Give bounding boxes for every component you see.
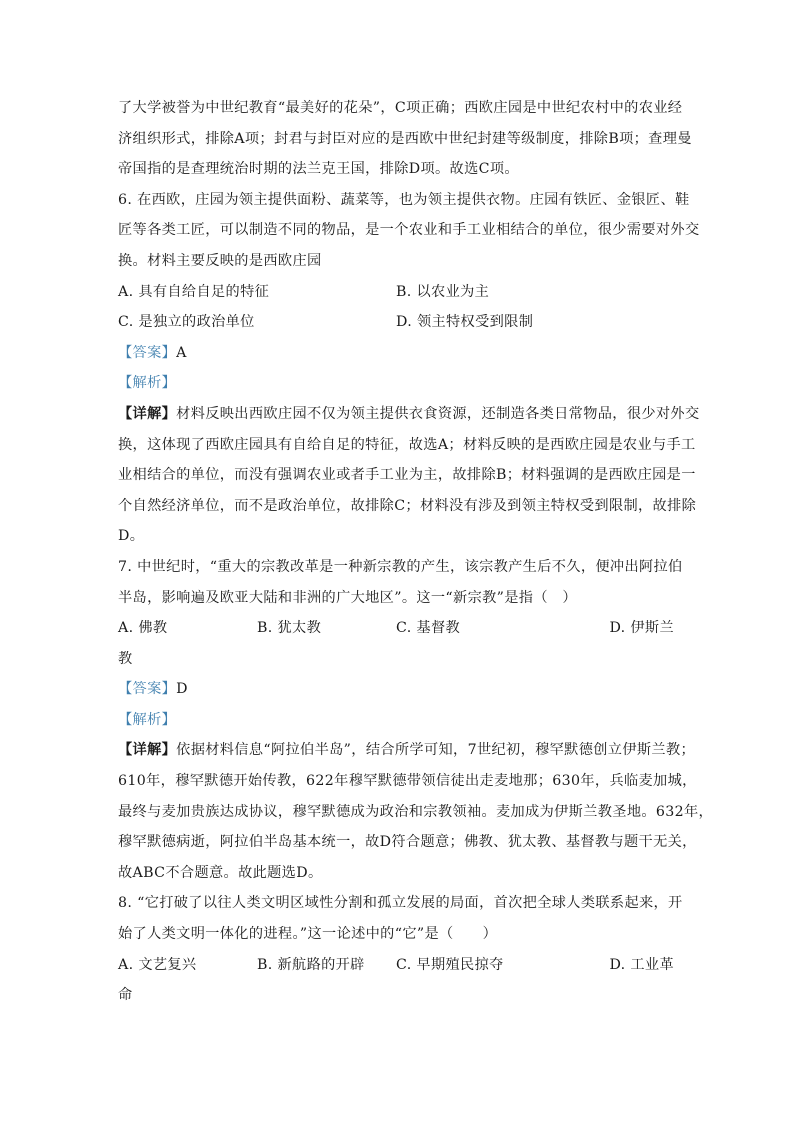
question-stem-line: 始了人类文明一体化的进程。”这一论述中的“它”是（ ）: [118, 919, 674, 950]
answer-line: 【答案】D: [118, 674, 674, 705]
option-b: B. 犹太教: [257, 613, 396, 644]
options-row: A. 佛教 B. 犹太教 C. 基督教 D. 伊斯兰: [118, 613, 674, 644]
option-b: B. 新航路的开辟: [257, 950, 396, 981]
option-wrap-line: 命: [118, 980, 674, 1011]
question-8: 8. “它打破了以往人类文明区域性分割和孤立发展的局面，首次把全球人类联系起来，…: [118, 888, 674, 1010]
option-c: C. 早期殖民掠夺: [396, 950, 535, 981]
text-line: 了大学被誉为中世纪教育“最美好的花朵”，C项正确；西欧庄园是中世纪农村中的农业经: [118, 93, 674, 124]
analysis-line: 【解析】: [118, 705, 674, 736]
detail-text: 材料反映出西欧庄园不仅为领主提供衣食资源，还制造各类日常物品，很少对外交: [176, 406, 699, 422]
answer-value: D: [176, 681, 188, 697]
detail-line: 穆罕默德病逝，阿拉伯半岛基本统一，故D符合题意；佛教、犹太教、基督教与题干无关，: [118, 827, 674, 858]
analysis-line: 【解析】: [118, 368, 674, 399]
detail-label: 【详解】: [118, 742, 176, 758]
answer-label: 【答案】: [118, 681, 176, 697]
option-a: A. 佛教: [118, 613, 257, 644]
option-a: A. 文艺复兴: [118, 950, 257, 981]
analysis-label: 【解析】: [118, 712, 176, 728]
options-row: C. 是独立的政治单位 D. 领主特权受到限制: [118, 307, 674, 338]
question-6: 6. 在西欧，庄园为领主提供面粉、蔬菜等，也为领主提供衣物。庄园有铁匠、金银匠、…: [118, 185, 674, 552]
detail-line: 【详解】依据材料信息“阿拉伯半岛”，结合所学可知，7世纪初，穆罕默德创立伊斯兰教…: [118, 735, 674, 766]
detail-line: 故ABC不合题意。故此题选D。: [118, 858, 674, 889]
detail-text: 依据材料信息“阿拉伯半岛”，结合所学可知，7世纪初，穆罕默德创立伊斯兰教；: [176, 742, 695, 758]
detail-line: 个自然经济单位，而不是政治单位，故排除C；材料没有涉及到领主特权受到限制，故排除: [118, 491, 674, 522]
question-stem-line: 7. 中世纪时，“重大的宗教改革是一种新宗教的产生，该宗教产生后不久，便冲出阿拉…: [118, 552, 674, 583]
previous-explanation: 了大学被誉为中世纪教育“最美好的花朵”，C项正确；西欧庄园是中世纪农村中的农业经…: [118, 93, 674, 185]
option-c: C. 基督教: [396, 613, 535, 644]
question-7: 7. 中世纪时，“重大的宗教改革是一种新宗教的产生，该宗教产生后不久，便冲出阿拉…: [118, 552, 674, 889]
detail-line: 最终与麦加贵族达成协议，穆罕默德成为政治和宗教领袖。麦加成为伊斯兰教圣地。632…: [118, 797, 674, 828]
question-stem-line: 换。材料主要反映的是西欧庄园: [118, 246, 674, 277]
option-b: B. 以农业为主: [396, 277, 674, 308]
question-stem-line: 匠等各类工匠，可以制造不同的物品，是一个农业和手工业相结合的单位，很少需要对外交: [118, 215, 674, 246]
option-wrap-line: 教: [118, 644, 674, 675]
option-d: D. 工业革: [535, 950, 674, 981]
option-c: C. 是独立的政治单位: [118, 307, 396, 338]
detail-label: 【详解】: [118, 406, 176, 422]
option-a: A. 具有自给自足的特征: [118, 277, 396, 308]
question-stem-line: 8. “它打破了以往人类文明区域性分割和孤立发展的局面，首次把全球人类联系起来，…: [118, 888, 674, 919]
options-row: A. 文艺复兴 B. 新航路的开辟 C. 早期殖民掠夺 D. 工业革: [118, 950, 674, 981]
option-d: D. 领主特权受到限制: [396, 307, 674, 338]
analysis-label: 【解析】: [118, 375, 176, 391]
detail-line: 业相结合的单位，而没有强调农业或者手工业为主，故排除B；材料强调的是西欧庄园是一: [118, 460, 674, 491]
text-line: 帝国指的是查理统治时期的法兰克王国，排除D项。故选C项。: [118, 154, 674, 185]
question-stem-line: 6. 在西欧，庄园为领主提供面粉、蔬菜等，也为领主提供衣物。庄园有铁匠、金银匠、…: [118, 185, 674, 216]
options-row: A. 具有自给自足的特征 B. 以农业为主: [118, 277, 674, 308]
answer-line: 【答案】A: [118, 338, 674, 369]
question-stem-line: 半岛，影响遍及欧亚大陆和非洲的广大地区”。这一“新宗教”是指（ ）: [118, 583, 674, 614]
detail-line: 【详解】材料反映出西欧庄园不仅为领主提供衣食资源，还制造各类日常物品，很少对外交: [118, 399, 674, 430]
detail-line: 换，这体现了西欧庄园具有自给自足的特征，故选A；材料反映的是西欧庄园是农业与手工: [118, 430, 674, 461]
answer-label: 【答案】: [118, 345, 176, 361]
answer-value: A: [176, 345, 187, 361]
document-page: 了大学被誉为中世纪教育“最美好的花朵”，C项正确；西欧庄园是中世纪农村中的农业经…: [118, 93, 674, 1011]
detail-line: D。: [118, 521, 674, 552]
option-d: D. 伊斯兰: [535, 613, 674, 644]
text-line: 济组织形式，排除A项；封君与封臣对应的是西欧中世纪封建等级制度，排除B项；查理曼: [118, 124, 674, 155]
detail-line: 610年，穆罕默德开始传教，622年穆罕默德带领信徒出走麦地那；630年，兵临麦…: [118, 766, 674, 797]
